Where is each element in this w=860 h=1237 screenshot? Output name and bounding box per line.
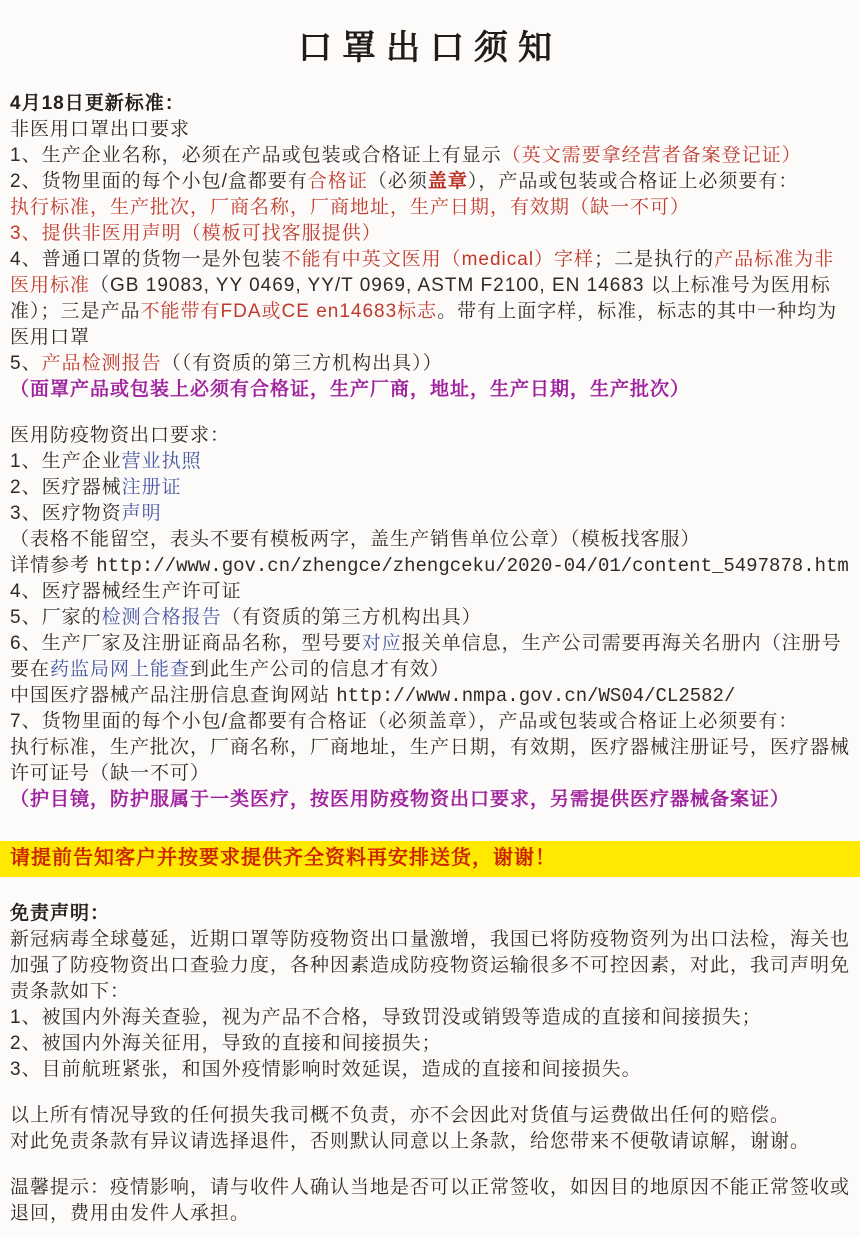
text-segment: 6、生产厂家及注册证商品名称，型号要 <box>10 633 362 654</box>
text-segment: 3、提供非医用声明（模板可找客服提供） <box>10 223 382 244</box>
text-segment: 营业执照 <box>122 451 202 472</box>
blank-line <box>0 1155 860 1175</box>
text-line: 详情参考 http://www.gov.cn/zhengce/zhengceku… <box>0 553 860 579</box>
text-line: 2、货物里面的每个小包/盒都要有合格证（必须盖章），产品或包装或合格证上必须要有… <box>0 169 860 195</box>
text-segment: 合格证 <box>308 171 368 192</box>
text-segment: 检测合格报告 <box>102 607 222 628</box>
text-segment: 执行标准，生产批次，厂商名称，厂商地址，生产日期，有效期，医疗器械注册证号，医疗… <box>10 737 850 784</box>
text-segment: 执行标准，生产批次，厂商名称，厂商地址，生产日期，有效期（缺一不可） <box>10 197 690 218</box>
text-line: 中国医疗器械产品注册信息查询网站 http://www.nmpa.gov.cn/… <box>0 683 860 709</box>
text-segment: 非医用口罩出口要求 <box>10 119 190 140</box>
text-segment: 产品检测报告 <box>42 353 162 374</box>
text-line: 3、提供非医用声明（模板可找客服提供） <box>0 221 860 247</box>
text-line: 非医用口罩出口要求 <box>0 117 860 143</box>
text-segment: 对应 <box>362 633 402 654</box>
text-line: 新冠病毒全球蔓延，近期口罩等防疫物资出口量激增，我国已将防疫物资列为出口法检，海… <box>0 927 860 1005</box>
blank-line <box>0 1083 860 1103</box>
text-line: 4月18日更新标准： <box>0 91 860 117</box>
text-segment: 详情参考 <box>10 555 96 576</box>
text-line: 4、医疗器械经生产许可证 <box>0 579 860 605</box>
text-line: 2、医疗器械注册证 <box>0 475 860 501</box>
text-segment: （必须 <box>368 171 428 192</box>
blank-line <box>0 813 860 833</box>
text-segment: ；二是执行的 <box>594 249 714 270</box>
text-segment: （有资质的第三方机构出具） <box>222 607 482 628</box>
text-segment: 对此免责条款有异议请选择退件，否则默认同意以上条款，给您带来不便敬请谅解，谢谢。 <box>10 1131 810 1152</box>
text-line: 1、生产企业名称，必须在产品或包装或合格证上有显示（英文需要拿经营者备案登记证） <box>0 143 860 169</box>
text-segment: 1、被国内外海关查验，视为产品不合格，导致罚没或销毁等造成的直接和间接损失； <box>10 1007 762 1028</box>
text-line: 执行标准，生产批次，厂商名称，厂商地址，生产日期，有效期（缺一不可） <box>0 195 860 221</box>
text-segment: 1、生产企业 <box>10 451 122 472</box>
text-segment: 1、生产企业名称，必须在产品或包装或合格证上有显示 <box>10 145 502 166</box>
text-segment: （表格不能留空，表头不要有模板两字，盖生产销售单位公章）（模板找客服） <box>10 529 701 550</box>
text-segment: 3、目前航班紧张，和国外疫情影响时效延误，造成的直接和间接损失。 <box>10 1059 642 1080</box>
text-line: 医用防疫物资出口要求： <box>0 423 860 449</box>
text-line: （面罩产品或包装上必须有合格证，生产厂商，地址，生产日期，生产批次） <box>0 377 860 403</box>
text-line: 4、普通口罩的货物一是外包装不能有中英文医用（medical）字样；二是执行的产… <box>0 247 860 351</box>
text-segment: （护目镜，防护服属于一类医疗，按医用防疫物资出口要求，另需提供医疗器械备案证） <box>10 789 790 810</box>
text-segment: 到此生产公司的信息才有效） <box>190 659 450 680</box>
text-segment: 中国医疗器械产品注册信息查询网站 <box>10 685 336 706</box>
text-segment: ），产品或包装或合格证上必须要有： <box>468 171 799 192</box>
url-text: http://www.nmpa.gov.cn/WS04/CL2582/ <box>336 685 735 707</box>
text-segment: 不能带有FDA或CE en14683标志 <box>141 301 438 322</box>
url-text: http://www.gov.cn/zhengce/zhengceku/2020… <box>96 555 849 577</box>
text-line: 对此免责条款有异议请选择退件，否则默认同意以上条款，给您带来不便敬请谅解，谢谢。 <box>0 1129 860 1155</box>
text-segment: （（有资质的第三方机构出具）） <box>162 353 443 374</box>
text-segment: 5、厂家的 <box>10 607 102 628</box>
page-title: 口罩出口须知 <box>0 20 860 69</box>
text-segment: 药监局网上能查 <box>50 659 190 680</box>
blank-line <box>0 881 860 901</box>
text-segment: （英文需要拿经营者备案登记证） <box>502 145 802 166</box>
text-segment: 请提前告知客户并按要求提供齐全资料再安排送货，谢谢！ <box>10 847 556 869</box>
blank-line <box>0 403 860 423</box>
text-line: 7、货物里面的每个小包/盒都要有合格证（必须盖章），产品或包装或合格证上必须要有… <box>0 709 860 735</box>
text-segment: 声明 <box>122 503 162 524</box>
text-segment: 医用防疫物资出口要求： <box>10 425 230 446</box>
document-body: 4月18日更新标准：非医用口罩出口要求1、生产企业名称，必须在产品或包装或合格证… <box>0 91 860 1227</box>
text-segment: 以上所有情况导致的任何损失我司概不负责，亦不会因此对货值与运费做出任何的赔偿。 <box>10 1105 790 1126</box>
text-segment: 2、医疗器械 <box>10 477 122 498</box>
text-segment: 不能有中英文医用（medical）字样 <box>282 249 594 270</box>
text-segment: 4、医疗器械经生产许可证 <box>10 581 242 602</box>
text-segment: 免责声明： <box>10 903 110 924</box>
text-line: 执行标准，生产批次，厂商名称，厂商地址，生产日期，有效期，医疗器械注册证号，医疗… <box>0 735 860 787</box>
text-segment: 5、 <box>10 353 42 374</box>
text-segment: 4月18日更新标准： <box>10 93 185 114</box>
text-segment: 新冠病毒全球蔓延，近期口罩等防疫物资出口量激增，我国已将防疫物资列为出口法检，海… <box>10 929 850 1002</box>
notice-band: 请提前告知客户并按要求提供齐全资料再安排送货，谢谢！ <box>0 841 860 877</box>
text-segment: 4、普通口罩的货物一是外包装 <box>10 249 282 270</box>
text-line: 5、厂家的检测合格报告（有资质的第三方机构出具） <box>0 605 860 631</box>
text-line: （护目镜，防护服属于一类医疗，按医用防疫物资出口要求，另需提供医疗器械备案证） <box>0 787 860 813</box>
text-segment: 2、货物里面的每个小包/盒都要有 <box>10 171 308 192</box>
text-segment: 温馨提示：疫情影响，请与收件人确认当地是否可以正常签收，如因目的地原因不能正常签… <box>10 1177 850 1224</box>
text-segment: 2、被国内外海关征用，导致的直接和间接损失； <box>10 1033 442 1054</box>
text-line: 1、被国内外海关查验，视为产品不合格，导致罚没或销毁等造成的直接和间接损失； <box>0 1005 860 1031</box>
text-line: 温馨提示：疫情影响，请与收件人确认当地是否可以正常签收，如因目的地原因不能正常签… <box>0 1175 860 1227</box>
text-line: 以上所有情况导致的任何损失我司概不负责，亦不会因此对货值与运费做出任何的赔偿。 <box>0 1103 860 1129</box>
text-line: 6、生产厂家及注册证商品名称，型号要对应报关单信息，生产公司需要再海关名册内（注… <box>0 631 860 683</box>
text-line: 3、目前航班紧张，和国外疫情影响时效延误，造成的直接和间接损失。 <box>0 1057 860 1083</box>
text-segment: 注册证 <box>122 477 182 498</box>
text-line: 5、产品检测报告（（有资质的第三方机构出具）） <box>0 351 860 377</box>
text-line: 免责声明： <box>0 901 860 927</box>
text-segment: 3、医疗物资 <box>10 503 122 524</box>
document-page: 口罩出口须知 4月18日更新标准：非医用口罩出口要求1、生产企业名称，必须在产品… <box>0 0 860 1237</box>
text-segment: 7、货物里面的每个小包/盒都要有合格证（必须盖章），产品或包装或合格证上必须要有… <box>10 711 798 732</box>
text-line: 2、被国内外海关征用，导致的直接和间接损失； <box>0 1031 860 1057</box>
text-segment: 盖章 <box>428 171 468 192</box>
text-segment: （面罩产品或包装上必须有合格证，生产厂商，地址，生产日期，生产批次） <box>10 379 690 400</box>
text-line: 1、生产企业营业执照 <box>0 449 860 475</box>
text-line: 3、医疗物资声明（表格不能留空，表头不要有模板两字，盖生产销售单位公章）（模板找… <box>0 501 860 553</box>
